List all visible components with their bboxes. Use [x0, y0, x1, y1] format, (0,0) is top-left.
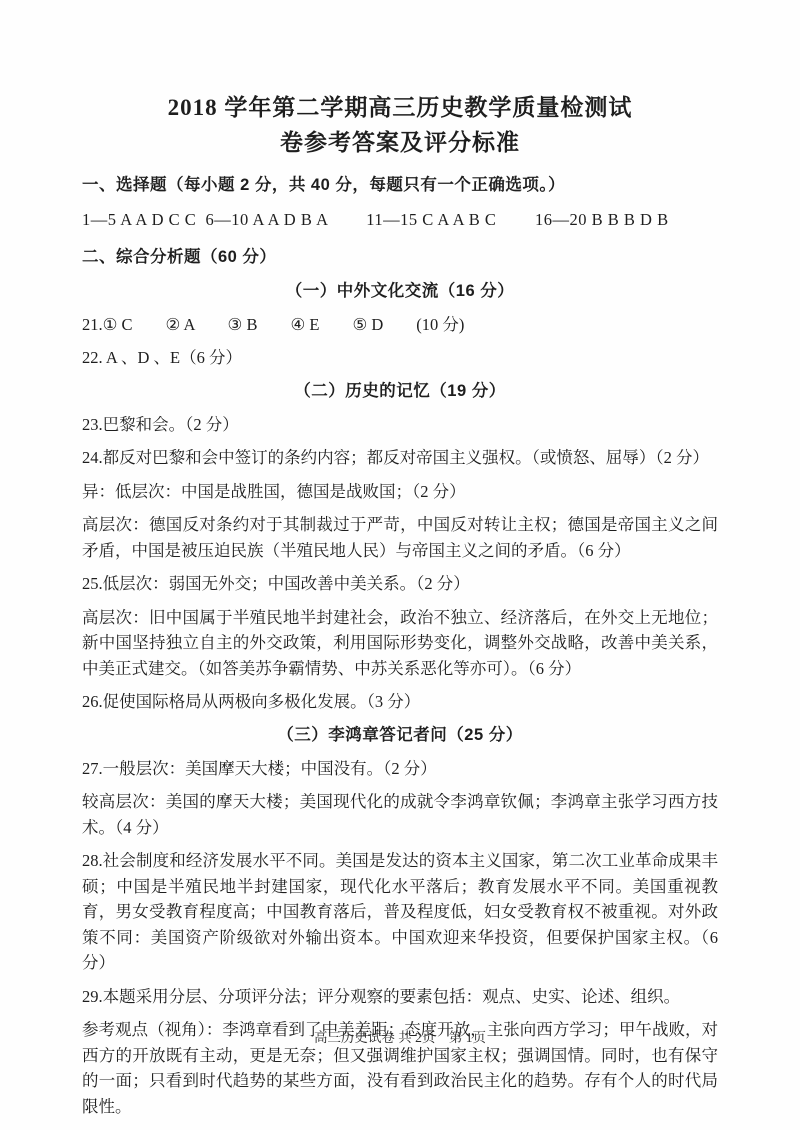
answer-q25-high: 高层次：旧中国属于半殖民地半封建社会，政治不独立、经济落后，在外交上无地位；新中… [82, 605, 718, 682]
answer-q27: 27.一般层次：美国摩天大楼；中国没有。（2 分） [82, 756, 718, 781]
answer-q24-diff-low: 异：低层次：中国是战胜国，德国是战败国；（2 分） [82, 479, 718, 505]
doc-title-line1: 2018 学年第二学期高三历史教学质量检测试 [82, 90, 718, 125]
doc-title-line2: 卷参考答案及评分标准 [82, 125, 718, 160]
section-analysis-heading: 二、综合分析题（60 分） [82, 245, 718, 270]
part3-heading: （三）李鸿章答记者问（25 分） [82, 723, 718, 748]
answer-q25-low: 25.低层次：弱国无外交；中国改善中美关系。（2 分） [82, 571, 718, 597]
answer-q21: 21.① C ② A ③ B ④ E ⑤ D (10 分) [82, 312, 718, 337]
part1-heading: （一）中外文化交流（16 分） [82, 279, 718, 304]
answer-q24-same: 24.都反对巴黎和会中签订的条约内容；都反对帝国主义强权。（或愤怒、屈辱）（2 … [82, 445, 718, 471]
answer-q26: 26.促使国际格局从两极向多极化发展。（3 分） [82, 689, 718, 714]
answer-q27-higher: 较高层次：美国的摩天大楼；美国现代化的成就令李鸿章钦佩；李鸿章主张学习西方技术。… [82, 789, 718, 840]
answer-q28: 28.社会制度和经济发展水平不同。美国是发达的资本主义国家，第二次工业革命成果丰… [82, 848, 718, 976]
answer-q29: 29.本题采用分层、分项评分法；评分观察的要素包括：观点、史实、论述、组织。 [82, 984, 718, 1010]
part2-heading: （二）历史的记忆（19 分） [82, 379, 718, 404]
section-choice-heading: 一、选择题（每小题 2 分，共 40 分，每题只有一个正确选项。） [82, 173, 718, 198]
answer-q23: 23.巴黎和会。（2 分） [82, 412, 718, 437]
answer-q24-diff-high: 高层次：德国反对条约对于其制裁过于严苛，中国反对转让主权；德国是帝国主义之间矛盾… [82, 512, 718, 563]
page-footer: 高三历史试卷 共 2页 第 1页 [0, 1026, 800, 1046]
exam-answer-key-page: 2018 学年第二学期高三历史教学质量检测试 卷参考答案及评分标准 一、选择题（… [0, 0, 800, 1130]
answer-q22: 22. A 、D 、E（6 分） [82, 345, 718, 370]
multiple-choice-answers: 1—5 A A D C C 6—10 A A D B A 11—15 C A A… [82, 207, 718, 232]
